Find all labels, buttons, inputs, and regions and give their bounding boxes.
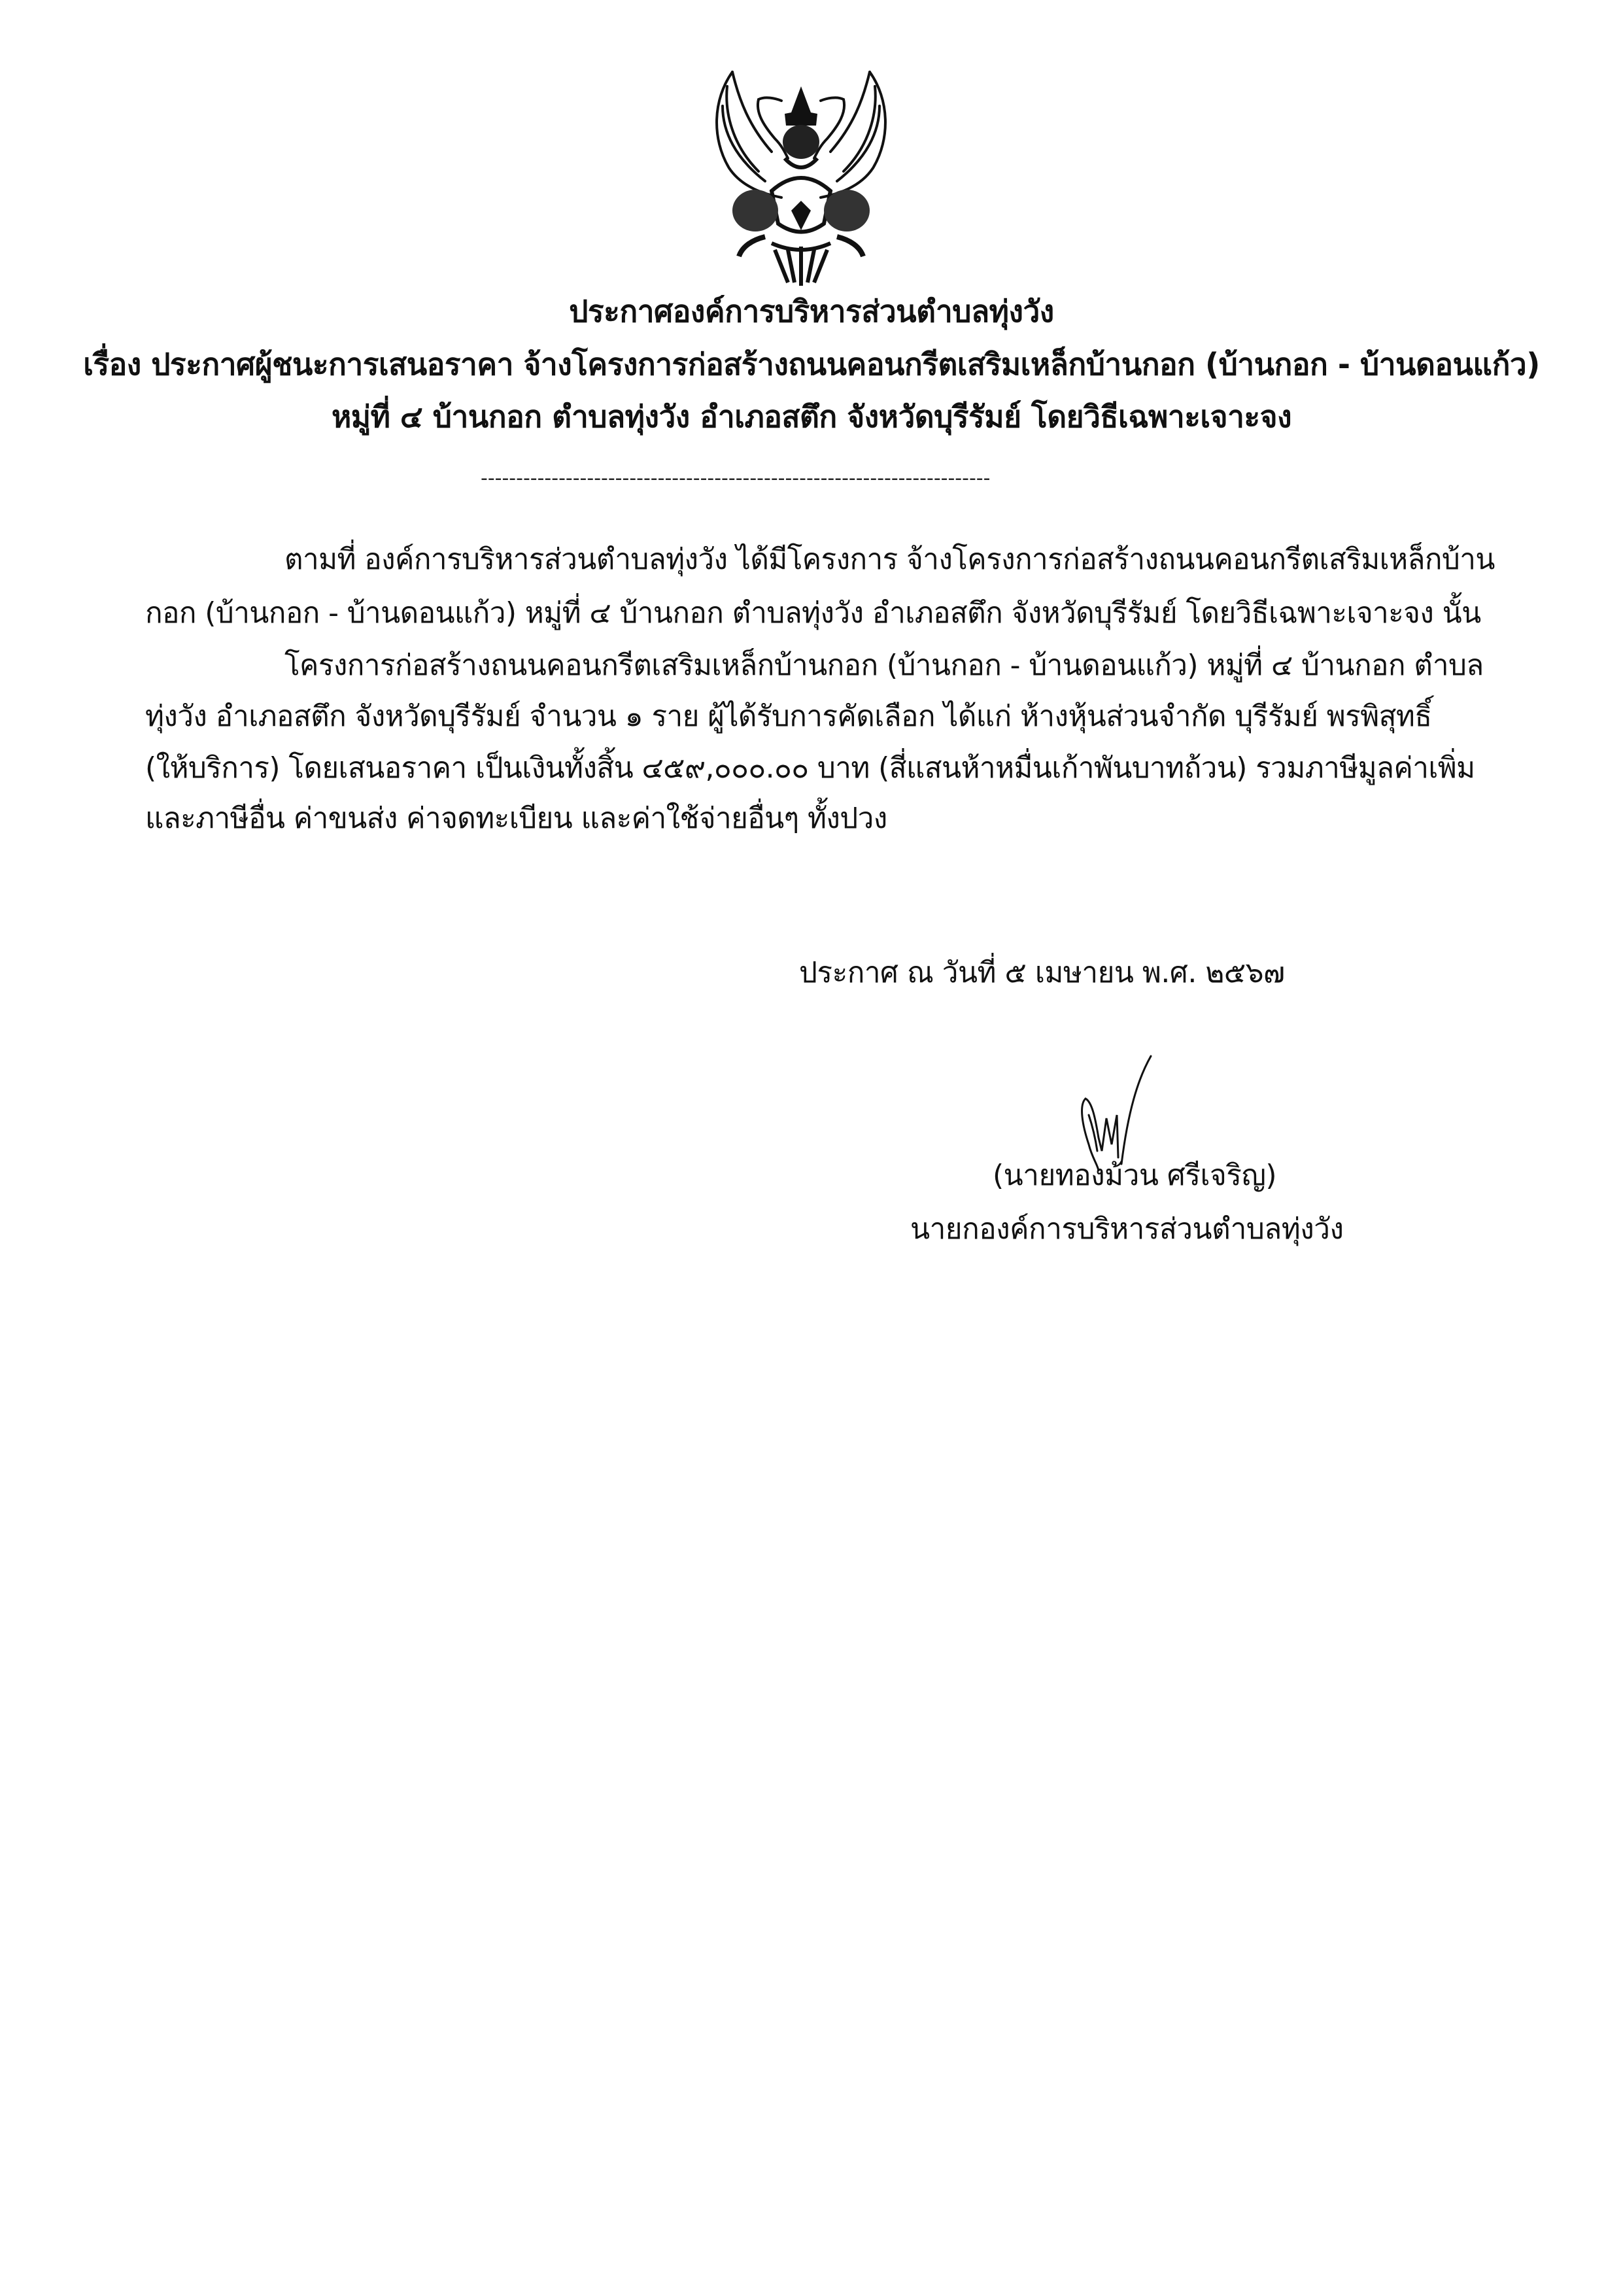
announcement-title: ประกาศองค์การบริหารส่วนตำบลทุ่งวัง <box>0 292 1623 331</box>
signer-name: (นายทองม้วน ศรีเจริญ) <box>993 1156 1276 1195</box>
paragraph-1-line-2: กอก (บ้านกอก - บ้านดอนแก้ว) หมู่ที่ ๔ บ้… <box>145 594 1481 633</box>
announcement-date: ประกาศ ณ วันที่ ๕ เมษายน พ.ศ. ๒๕๖๗ <box>799 953 1285 993</box>
document-page: ประกาศองค์การบริหารส่วนตำบลทุ่งวัง เรื่อ… <box>0 0 1623 2296</box>
announcement-subject-continued: หมู่ที่ ๔ บ้านกอก ตำบลทุ่งวัง อำเภอสตึก … <box>0 397 1623 436</box>
paragraph-2-line-3: (ให้บริการ) โดยเสนอราคา เป็นเงินทั้งสิ้น… <box>145 749 1475 788</box>
garuda-emblem-icon <box>693 60 909 286</box>
dashed-divider: ----------------------------------------… <box>481 466 1121 492</box>
announcement-subject: เรื่อง ประกาศผู้ชนะการเสนอราคา จ้างโครงก… <box>0 345 1623 384</box>
paragraph-1-line-1: ตามที่ องค์การบริหารส่วนตำบลทุ่งวัง ได้ม… <box>284 540 1495 579</box>
paragraph-2-line-2: ทุ่งวัง อำเภอสตึก จังหวัดบุรีรัมย์ จำนวน… <box>145 697 1432 736</box>
paragraph-2-line-1: โครงการก่อสร้างถนนคอนกรีตเสริมเหล็กบ้านก… <box>284 646 1484 685</box>
paragraph-2-line-4: และภาษีอื่น ค่าขนส่ง ค่าจดทะเบียน และค่า… <box>145 799 887 838</box>
signer-position: นายกองค์การบริหารส่วนตำบลทุ่งวัง <box>910 1210 1343 1249</box>
